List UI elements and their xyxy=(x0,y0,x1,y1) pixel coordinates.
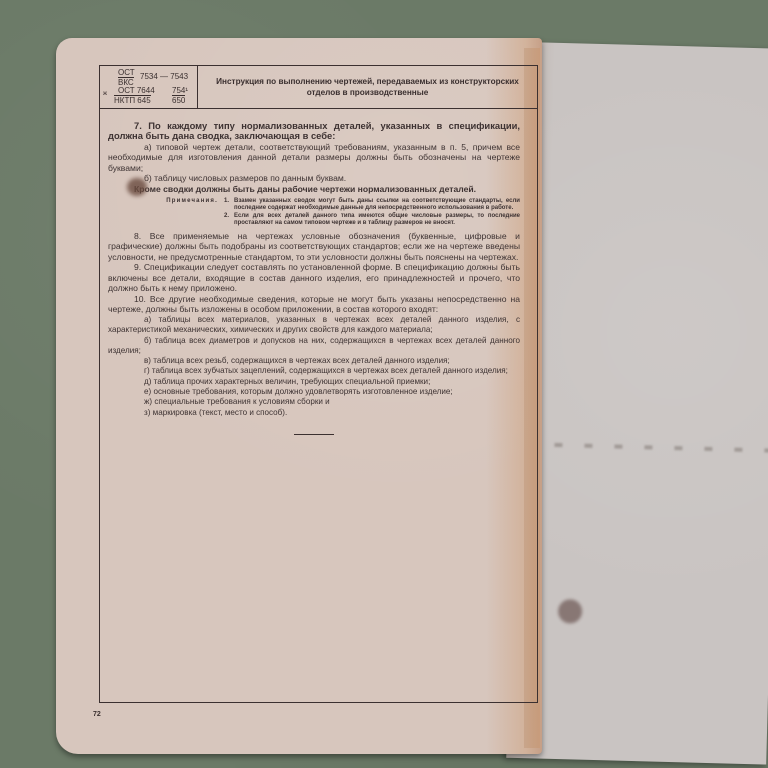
left-document-page: ОСТ ВКС 7534 — 7543 ж ОСТ 7644 НКТП 645 … xyxy=(56,38,542,754)
list-item-v: в) таблица всех резьб, содержащихся в че… xyxy=(108,356,520,366)
paragraph-7c: Кроме сводки должны быть даны рабочие че… xyxy=(108,184,520,195)
note-number: 1. xyxy=(224,198,234,212)
list-item-e: е) основные требования, которым должно у… xyxy=(108,387,520,397)
paragraph-7a: а) типовой чертеж детали, соответствующи… xyxy=(108,142,520,174)
notes-label: Примечания. xyxy=(108,198,224,227)
std-ref-line2-bottom: НКТП 645 xyxy=(114,95,151,105)
list-item-zh: ж) специальные требования к условиям сбо… xyxy=(108,397,520,407)
notes-block: Примечания. 1. Взамен указанных сводок м… xyxy=(108,198,520,227)
page-frame: ОСТ ВКС 7534 — 7543 ж ОСТ 7644 НКТП 645 … xyxy=(99,65,538,703)
header-block: ОСТ ВКС 7534 — 7543 ж ОСТ 7644 НКТП 645 … xyxy=(100,66,537,109)
list-item-b: б) таблица всех диаметров и допусков на … xyxy=(108,336,520,357)
list-item-a: а) таблицы всех материалов, указанных в … xyxy=(108,315,520,336)
std-ref-line2-range-top: 754¹ xyxy=(172,86,188,95)
standard-references: ОСТ ВКС 7534 — 7543 ж ОСТ 7644 НКТП 645 … xyxy=(100,66,198,108)
notes-list: 1. Взамен указанных сводок могут быть да… xyxy=(224,198,520,227)
brown-stain xyxy=(127,178,147,196)
std-ref-line2-range-bottom: 650 xyxy=(172,95,185,105)
std-ref-line1-range: 7534 — 7543 xyxy=(140,72,188,81)
std-ref-marker: ж xyxy=(103,91,107,97)
paper-specks xyxy=(524,442,768,453)
note-item: 2. Если для всех деталей данного типа им… xyxy=(224,213,520,227)
ink-stain xyxy=(558,599,583,624)
page-number: 72 xyxy=(93,711,101,718)
note-number: 2. xyxy=(224,213,234,227)
list-item-d: д) таблица прочих характерных величин, т… xyxy=(108,377,520,387)
section-divider xyxy=(294,434,334,436)
paragraph-8: 8. Все применяемые на чертежах условные … xyxy=(108,231,520,263)
right-blank-page xyxy=(506,42,768,765)
paragraph-7: 7. По каждому типу нормализованных детал… xyxy=(108,121,520,142)
paragraph-10: 10. Все другие необходимые сведения, кот… xyxy=(108,294,520,315)
note-text: Взамен указанных сводок могут быть даны … xyxy=(234,198,520,212)
paragraph-9: 9. Спецификации следует составлять по ус… xyxy=(108,262,520,294)
note-text: Если для всех деталей данного типа имеют… xyxy=(234,213,520,227)
std-ref-line1-top: ОСТ xyxy=(118,68,135,77)
document-title: Инструкция по выполнению чертежей, перед… xyxy=(198,66,537,108)
document-body: 7. По каждому типу нормализованных детал… xyxy=(108,121,520,435)
std-ref-line2-top: ОСТ 7644 xyxy=(118,86,155,95)
note-item: 1. Взамен указанных сводок могут быть да… xyxy=(224,198,520,212)
paragraph-7b: б) таблицу числовых размеров по данным б… xyxy=(108,173,520,184)
list-item-z: з) маркировка (текст, место и способ). xyxy=(108,408,520,418)
list-item-g: г) таблица всех зубчатых зацеплений, сод… xyxy=(108,366,520,376)
